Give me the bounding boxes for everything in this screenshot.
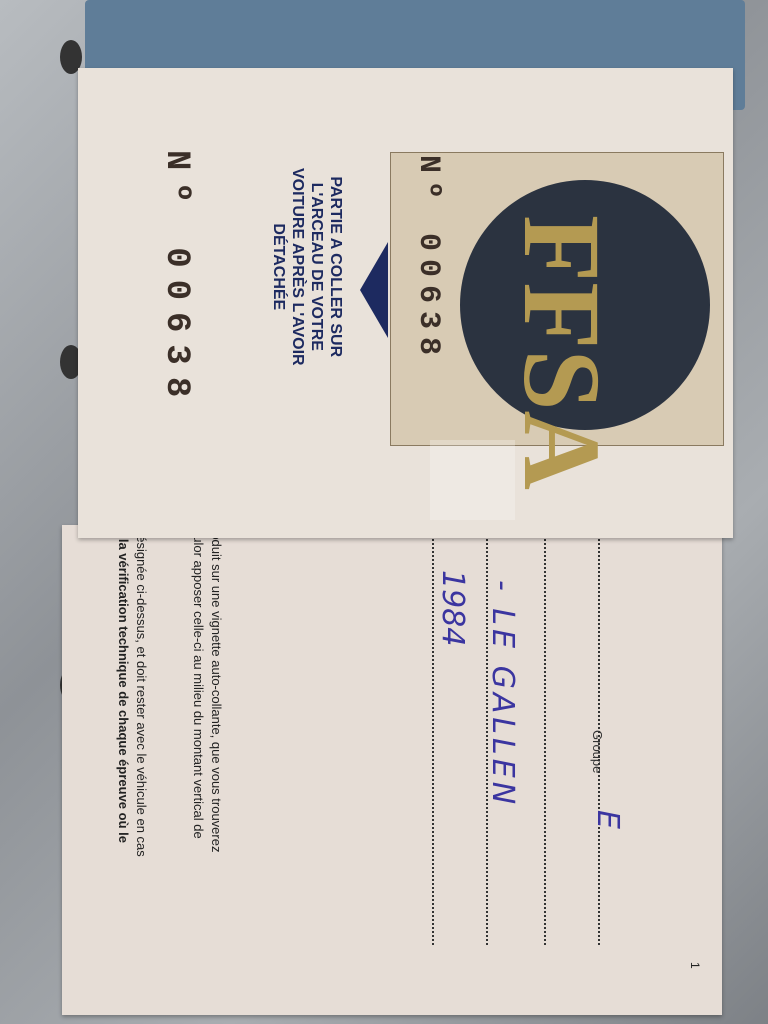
body-line: désignée ci-dessus, et doit rester avec … xyxy=(132,528,150,857)
instruction-line: PARTIE A COLLER SUR xyxy=(326,168,345,366)
body-line: à la vérification technique de chaque ép… xyxy=(114,528,132,857)
booklet-page xyxy=(62,525,722,1015)
groupe-value: E xyxy=(590,810,625,829)
year-value: 1984 xyxy=(435,570,470,646)
body-text: désignée ci-dessus, et doit rester avec … xyxy=(114,528,150,857)
ffsa-logo-text: FFSA xyxy=(498,215,625,490)
number-label: Nº xyxy=(157,150,195,215)
number-value: 00638 xyxy=(157,247,195,409)
name-value: - LE GALLEN xyxy=(485,580,520,808)
body-line: oulor apposer celle-ci au milieu du mont… xyxy=(189,528,207,852)
instruction-line: DÉTACHÉE xyxy=(269,168,288,366)
page-number: 1 xyxy=(688,962,702,969)
tape xyxy=(430,440,515,520)
instruction-line: VOITURE APRÈS L'AVOIR xyxy=(288,168,307,366)
instruction-line: L'ARCEAU DE VOTRE xyxy=(307,168,326,366)
groupe-label: Groupe xyxy=(590,730,605,773)
dotted-line xyxy=(432,535,434,945)
sticker-number: Nº 00638 xyxy=(411,155,445,363)
number-value: 00638 xyxy=(411,233,445,363)
dotted-line xyxy=(544,535,546,945)
body-line: roduit sur une vignette auto-collante, q… xyxy=(207,528,225,852)
number-label: Nº xyxy=(411,155,445,207)
arrow-icon xyxy=(360,242,388,338)
body-text: roduit sur une vignette auto-collante, q… xyxy=(189,528,225,852)
stub-instructions: PARTIE A COLLER SUR L'ARCEAU DE VOTRE VO… xyxy=(269,168,345,366)
stub-number: Nº 00638 xyxy=(157,150,195,409)
